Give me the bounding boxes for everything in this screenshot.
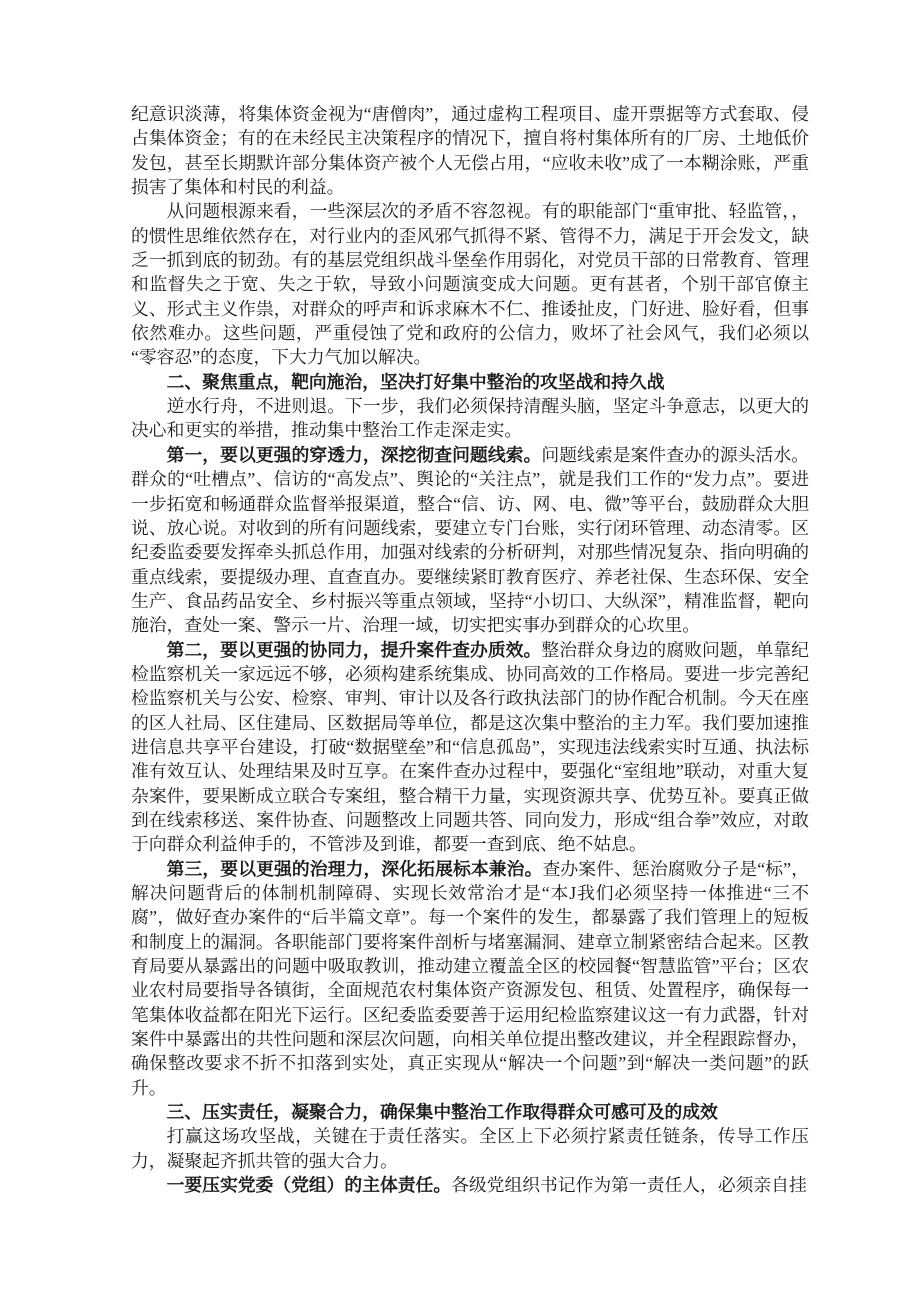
paragraph-responsibility-1-body: 各级党组织书记作为第一责任人，必须亲自挂 — [451, 1175, 807, 1195]
paragraph-intro-section-3: 打赢这场攻坚战，关键在于责任落实。全区上下必须拧紧责任链条，传导工作压力，凝聚起… — [131, 1124, 809, 1173]
paragraph-point-1-lead: 第一，要以更强的穿透力，深挖彻查问题线索。 — [167, 445, 542, 465]
paragraph-responsibility-1-lead: 一要压实党委（党组）的主体责任。 — [167, 1175, 452, 1195]
paragraph-point-3-body: 查办案件、惩治腐败分子是“标”，解决问题背后的体制机制障碍、实现长效常治才是“本… — [131, 859, 809, 1098]
document-page: 纪意识淡薄，将集体资金视为“唐僧肉”，通过虚构工程项目、虚开票据等方式套取、侵占… — [131, 102, 809, 1197]
paragraph-point-2: 第二，要以更强的协同力，提升案件查办质效。整治群众身边的腐败问题，单靠纪检监察机… — [131, 638, 809, 857]
paragraph-point-2-body: 整治群众身边的腐败问题，单靠纪检监察机关一家远远不够，必须构建系统集成、协同高效… — [131, 640, 809, 855]
paragraph-continuation: 纪意识淡薄，将集体资金视为“唐僧肉”，通过虚构工程项目、虚开票据等方式套取、侵占… — [131, 102, 809, 199]
paragraph-point-1-body: 问题线索是案件查办的源头活水。群众的“吐槽点”、信访的“高发点”、舆论的“关注点… — [131, 445, 809, 635]
paragraph-point-2-lead: 第二，要以更强的协同力，提升案件查办质效。 — [167, 640, 542, 660]
paragraph-point-1: 第一，要以更强的穿透力，深挖彻查问题线索。问题线索是案件查办的源头活水。群众的“… — [131, 443, 809, 638]
paragraph-problem-root: 从问题根源来看，一些深层次的矛盾不容忽视。有的职能部门“重审批、轻监管，，的惯性… — [131, 199, 809, 369]
paragraph-point-3: 第三，要以更强的治理力，深化拓展标本兼治。查办案件、惩治腐败分子是“标”，解决问… — [131, 857, 809, 1100]
paragraph-intro-section-2: 逆水行舟，不进则退。下一步，我们必须保持清醒头脑，坚定斗争意志，以更大的决心和更… — [131, 394, 809, 443]
paragraph-responsibility-1: 一要压实党委（党组）的主体责任。各级党组织书记作为第一责任人，必须亲自挂 — [131, 1173, 809, 1197]
section-heading-2: 二、聚焦重点，靶向施治，坚决打好集中整治的攻坚战和持久战 — [131, 370, 809, 394]
paragraph-point-3-lead: 第三，要以更强的治理力，深化拓展标本兼治。 — [167, 859, 543, 879]
section-heading-3: 三、压实责任，凝聚合力，确保集中整治工作取得群众可感可及的成效 — [131, 1100, 809, 1124]
